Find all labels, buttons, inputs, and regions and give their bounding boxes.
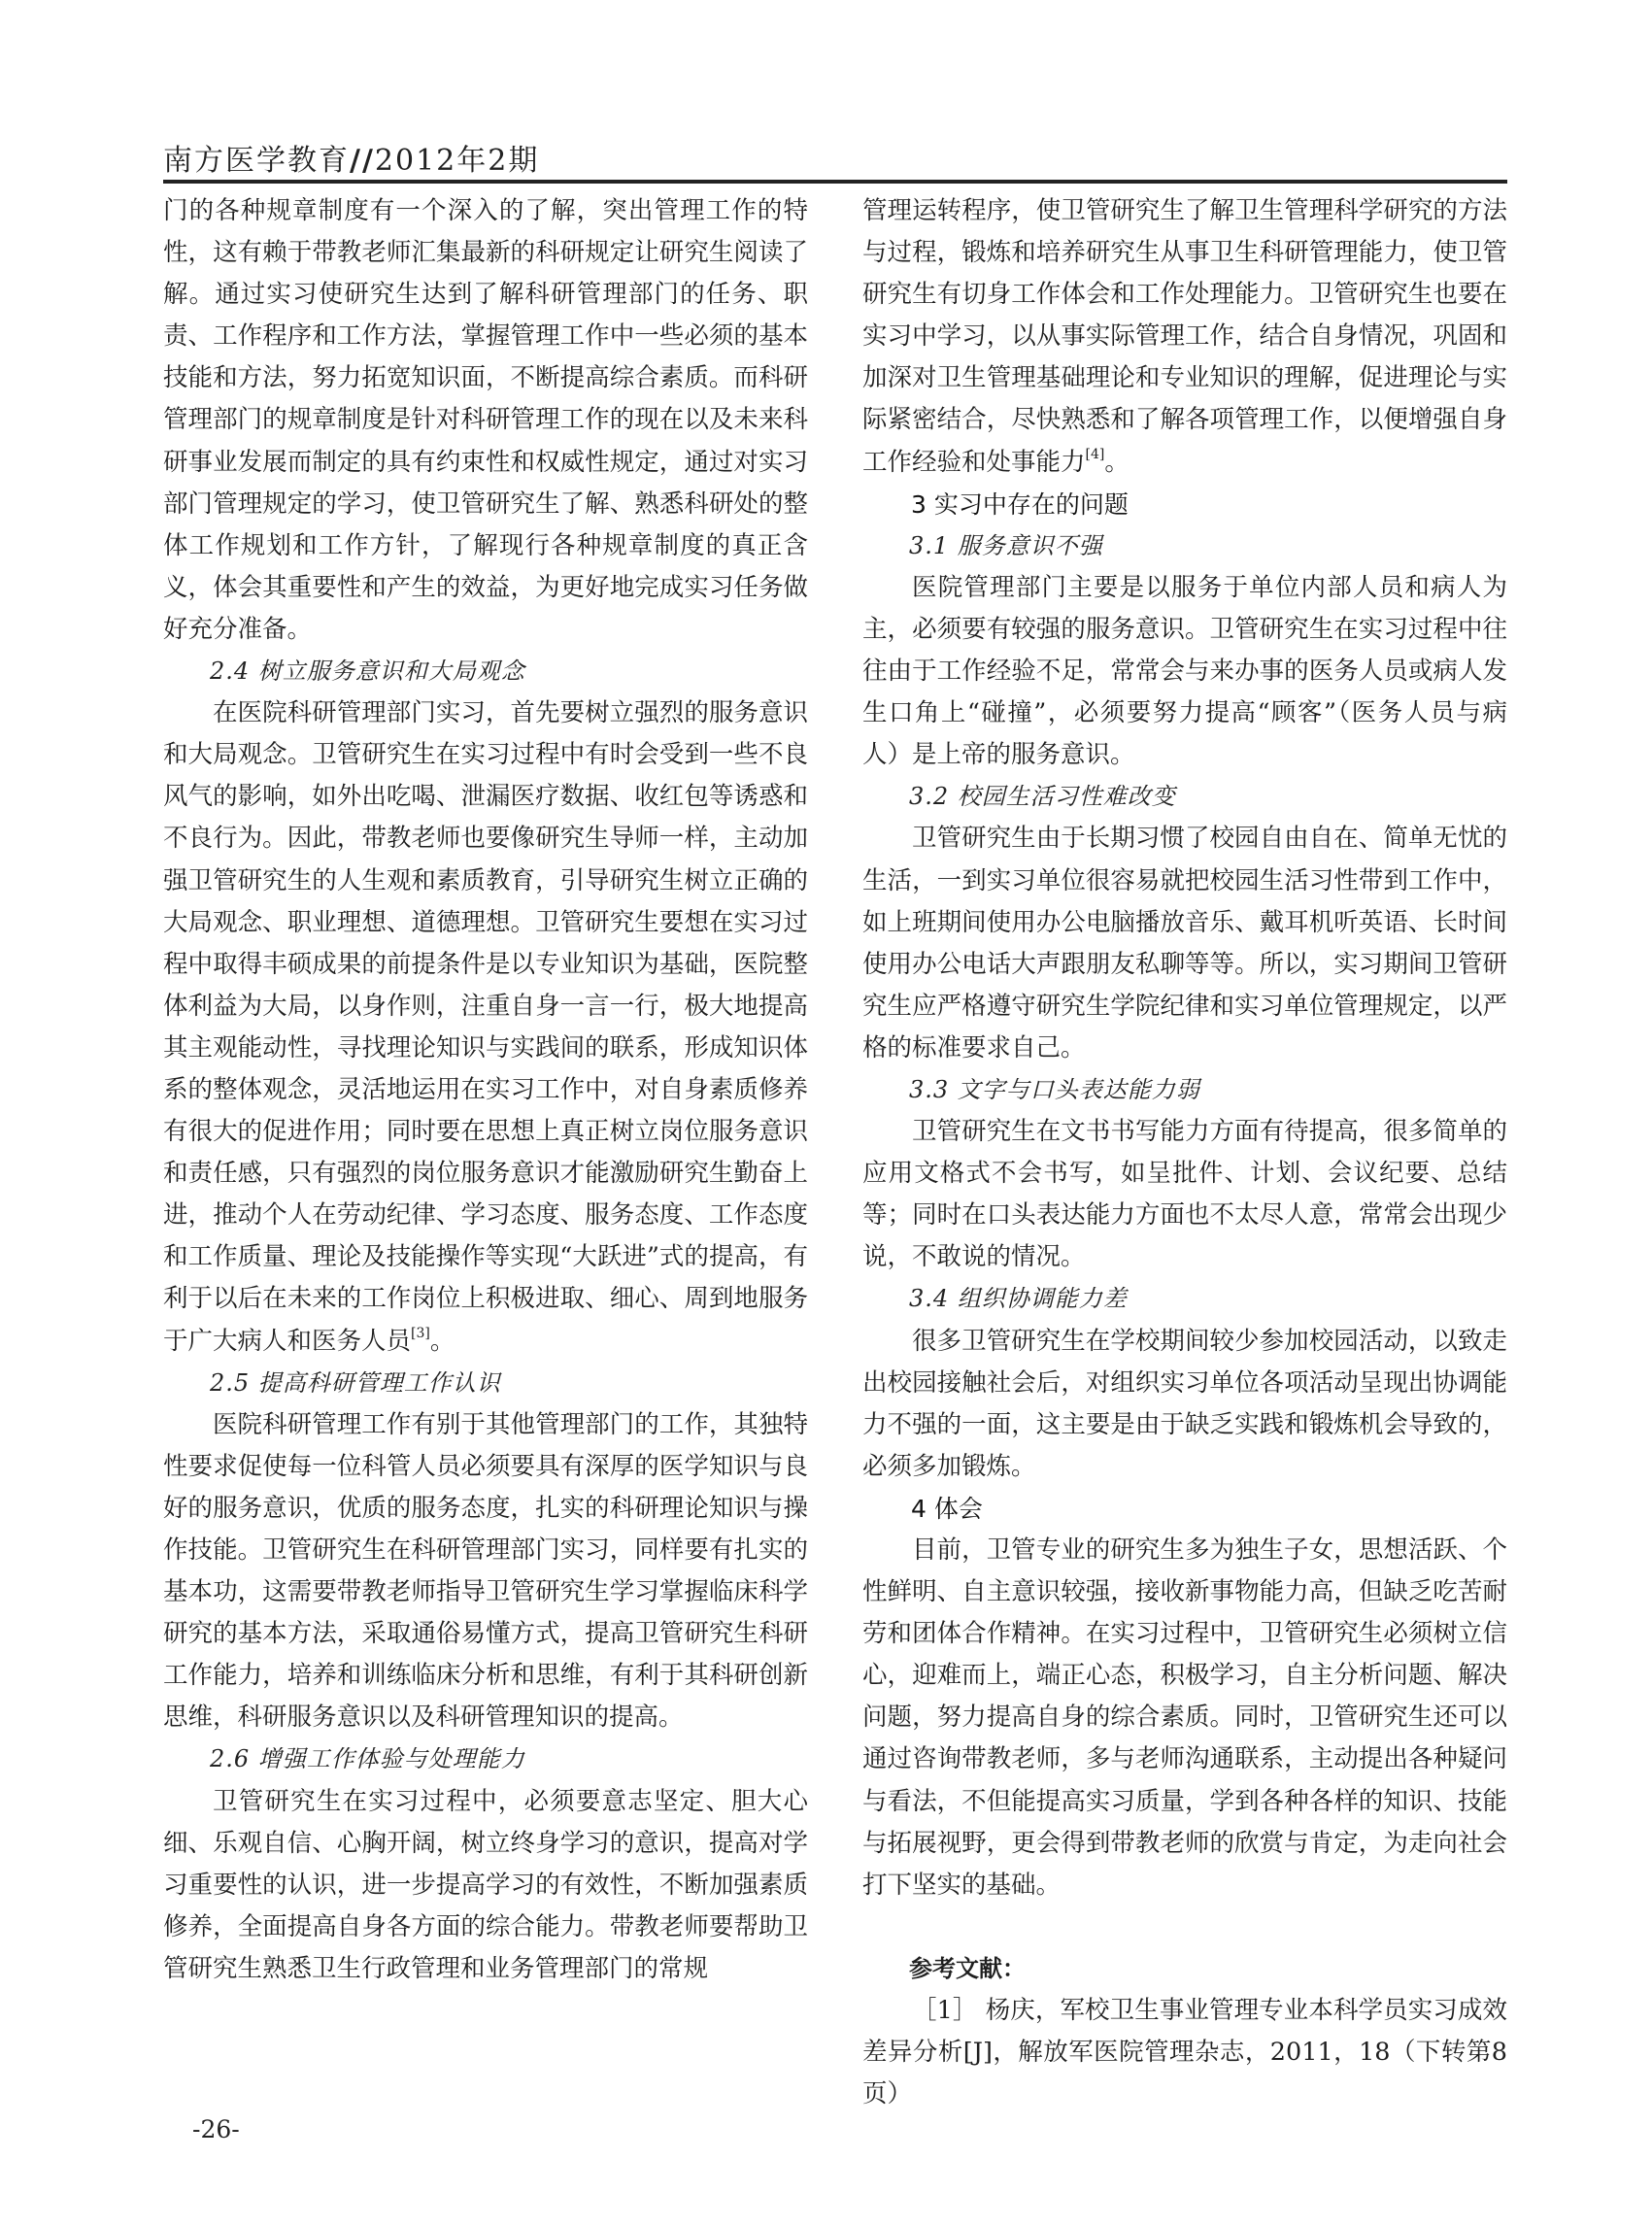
issue-label: 2012年2期 (375, 144, 539, 178)
section-3-3-heading: 3.3 文字与口头表达能力弱 (862, 1069, 1507, 1111)
reference-1: ［1］ 杨庆，军校卫生事业管理专业本科学员实习成效差异分析[J]，解放军医院管理… (862, 1990, 1507, 2115)
page-number: -26- (192, 2115, 240, 2143)
running-header: 南方医学教育//2012年2期 (163, 136, 539, 179)
header-separator: // (350, 144, 375, 178)
citation-4: [4] (1086, 447, 1105, 462)
section-3-1-body: 医院管理部门主要是以服务于单位内部人员和病人为主，必须要有较强的服务意识。卫管研… (862, 567, 1507, 776)
header-rule (163, 180, 1507, 184)
section-2-5-body: 医院科研管理工作有别于其他管理部门的工作，其独特性要求促使每一位科管人员必须要具… (163, 1404, 808, 1739)
section-3-2-heading: 3.2 校园生活习性难改变 (862, 776, 1507, 818)
section-3-heading: 3 实习中存在的问题 (862, 484, 1507, 525)
right-column: 管理运转程序，使卫管研究生了解卫生管理科学研究的方法与过程，锻炼和培养研究生从事… (862, 190, 1507, 2115)
section-3-4-body: 很多卫管研究生在学校期间较少参加校园活动，以致走出校园接触社会后，对组织实习单位… (862, 1321, 1507, 1488)
section-2-5-heading: 2.5 提高科研管理工作认识 (163, 1363, 808, 1404)
references-heading: 参考文献： (862, 1948, 1507, 1990)
citation-3: [3] (411, 1326, 430, 1341)
paragraph-continued: 管理运转程序，使卫管研究生了解卫生管理科学研究的方法与过程，锻炼和培养研究生从事… (862, 190, 1507, 484)
section-4-body: 目前，卫管专业的研究生多为独生子女，思想活跃、个性鲜明、自主意识较强，接收新事物… (862, 1530, 1507, 1906)
section-2-4-body: 在医院科研管理部门实习，首先要树立强烈的服务意识和大局观念。卫管研究生在实习过程… (163, 692, 808, 1363)
section-3-4-heading: 3.4 组织协调能力差 (862, 1278, 1507, 1320)
section-2-4-heading: 2.4 树立服务意识和大局观念 (163, 651, 808, 692)
section-4-heading: 4 体会 (862, 1488, 1507, 1530)
paragraph-continued: 门的各种规章制度有一个深入的了解，突出管理工作的特性，这有赖于带教老师汇集最新的… (163, 190, 808, 651)
journal-name: 南方医学教育 (163, 144, 350, 178)
section-3-2-body: 卫管研究生由于长期习惯了校园自由自在、简单无忧的生活，一到实习单位很容易就把校园… (862, 818, 1507, 1069)
section-3-3-body: 卫管研究生在文书书写能力方面有待提高，很多简单的应用文格式不会书写，如呈批件、计… (862, 1111, 1507, 1278)
spacer (862, 1906, 1507, 1948)
left-column: 门的各种规章制度有一个深入的了解，突出管理工作的特性，这有赖于带教老师汇集最新的… (163, 190, 808, 1990)
section-2-6-heading: 2.6 增强工作体验与处理能力 (163, 1738, 808, 1780)
section-3-1-heading: 3.1 服务意识不强 (862, 525, 1507, 567)
section-2-6-body: 卫管研究生在实习过程中，必须要意志坚定、胆大心细、乐观自信、心胸开阔，树立终身学… (163, 1781, 808, 1990)
